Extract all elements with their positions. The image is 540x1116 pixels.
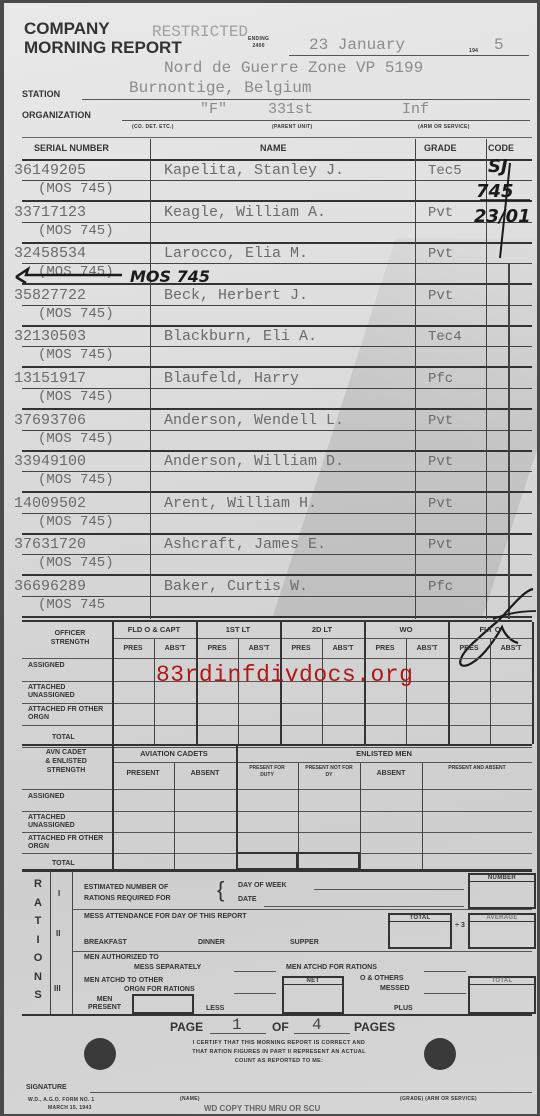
- year-suffix: 5: [494, 36, 504, 54]
- officer-sub-header: ABS'T: [154, 645, 196, 652]
- officer-sub-header: ABS'T: [406, 645, 448, 652]
- certify-line-3: COUNT AS REPORTED TO ME:: [154, 1057, 404, 1066]
- net-box[interactable]: NET: [282, 976, 344, 1014]
- enlisted-strength-cell[interactable]: [175, 812, 235, 831]
- morning-report-form: COMPANY MORNING REPORT RESTRICTED ENDING…: [4, 3, 537, 1114]
- officer-strength-cell[interactable]: [491, 726, 531, 746]
- officer-sub-header: PRES: [448, 645, 490, 652]
- officer-sub-header: PRES: [364, 645, 406, 652]
- enlisted-strength-cell[interactable]: [113, 833, 173, 852]
- rations-side-letter: R: [30, 875, 46, 894]
- org-sublabel-arm: (ARM OR SERVICE): [418, 124, 470, 130]
- plus-label: PLUS: [394, 1005, 413, 1012]
- officer-strength-cell[interactable]: [113, 660, 153, 680]
- enlisted-title-2: & ENLISTED: [26, 757, 106, 766]
- punch-hole-left: [84, 1038, 116, 1070]
- officer-sub-header: ABS'T: [322, 645, 364, 652]
- enlisted-row-label: ASSIGNED: [28, 793, 108, 801]
- form-id-line-1: W.D., A.G.O. FORM NO. 1: [28, 1096, 94, 1104]
- total-present-not-for-duty-box[interactable]: [296, 852, 360, 870]
- officer-strength-cell[interactable]: [239, 726, 279, 746]
- enlisted-strength-cell[interactable]: [175, 833, 235, 852]
- men-present-line-1: MEN: [88, 996, 121, 1004]
- enlisted-title-3: STRENGTH: [26, 766, 106, 775]
- officer-strength-cell[interactable]: [281, 704, 321, 724]
- officer-row-label: ATTACHED UNASSIGNED: [28, 684, 108, 700]
- officer-strength-cell[interactable]: [449, 704, 489, 724]
- rations-side-label: RATIONS: [30, 875, 46, 1005]
- soldier-name: Arent, William H.: [164, 495, 317, 512]
- col-grade: GRADE: [424, 143, 457, 153]
- org-arm: Inf: [402, 101, 429, 118]
- rations-side-letter: I: [30, 931, 46, 950]
- serial-number: 14009502: [14, 495, 86, 512]
- station-value: Burnontige, Belgium: [129, 79, 311, 97]
- officer-strength-title: OFFICER STRENGTH: [30, 629, 110, 647]
- rations-number-box[interactable]: NUMBER: [468, 873, 536, 909]
- men-present-label: MEN PRESENT: [88, 996, 121, 1012]
- station-label: STATION: [22, 89, 60, 99]
- enlisted-strength-cell[interactable]: [423, 791, 531, 810]
- org-company: "F": [200, 101, 227, 118]
- enlisted-title-1: AVN CADET: [26, 748, 106, 757]
- handwritten-mos-correction: MOS 745: [130, 267, 210, 286]
- officer-strength-cell[interactable]: [155, 726, 195, 746]
- mos-code: (MOS 745): [38, 431, 114, 447]
- soldier-name: Kapelita, Stanley J.: [164, 162, 344, 179]
- soldier-name: Keagle, William A.: [164, 204, 326, 221]
- enlisted-row-label: ATTACHED FR OTHER ORGN: [28, 835, 108, 851]
- officer-group-header: 2D LT: [280, 625, 364, 634]
- enlisted-strength-title: AVN CADET & ENLISTED STRENGTH: [26, 748, 106, 775]
- total-present-for-duty-box[interactable]: [236, 852, 298, 870]
- aviation-cadets-header: AVIATION CADETS: [112, 749, 236, 758]
- rations-required-line-2: RATIONS REQUIRED FOR: [84, 893, 171, 904]
- soldier-grade: Pvt: [428, 496, 453, 512]
- date-label: DATE: [238, 896, 257, 903]
- punch-hole-right: [424, 1038, 456, 1070]
- meal-supper: SUPPER: [290, 939, 319, 946]
- officer-strength-cell[interactable]: [113, 682, 153, 702]
- others-messed-line-1: O & OTHERS: [360, 975, 404, 982]
- officer-strength-cell[interactable]: [449, 726, 489, 746]
- enlisted-strength-cell[interactable]: [113, 812, 173, 831]
- form-identifier: W.D., A.G.O. FORM NO. 1 MARCH 15, 1943: [28, 1096, 94, 1112]
- enlisted-col-header: PRESENT NOT FOR DY: [298, 765, 360, 779]
- soldier-grade: Pvt: [428, 246, 453, 262]
- mos-code: (MOS 745): [38, 472, 114, 488]
- arrow-strike-icon: [12, 265, 132, 287]
- classification-stamp: RESTRICTED: [152, 23, 248, 41]
- of-label: OF: [272, 1020, 289, 1034]
- soldier-grade: Tec4: [428, 329, 462, 345]
- rations-required-line-1: ESTIMATED NUMBER OF: [84, 882, 171, 893]
- mos-code: (MOS 745): [38, 555, 114, 571]
- serial-number: 35827722: [14, 287, 86, 304]
- less-label: LESS: [206, 1005, 224, 1012]
- report-date: 23 January: [309, 36, 405, 54]
- officer-title-1: OFFICER: [30, 629, 110, 638]
- day-of-week-label: DAY OF WEEK: [238, 882, 287, 889]
- rations-side-letter: O: [30, 949, 46, 968]
- men-authorized-line-2: MESS SEPARATELY: [134, 964, 201, 971]
- mess-attendance-title: MESS ATTENDANCE FOR DAY OF THIS REPORT: [84, 913, 247, 920]
- officer-row-label: ASSIGNED: [28, 662, 108, 670]
- officer-strength-cell[interactable]: [113, 704, 153, 724]
- certify-line-2: THAT RATION FIGURES IN PART II REPRESENT…: [154, 1048, 404, 1057]
- enlisted-strength-cell[interactable]: [113, 791, 173, 810]
- org-sublabel-parent: (PARENT UNIT): [272, 124, 312, 130]
- location-line: Nord de Guerre Zone VP 5199: [164, 59, 423, 77]
- officer-sub-header: PRES: [196, 645, 238, 652]
- page-label: PAGE: [170, 1020, 203, 1034]
- officer-group-header: 1ST LT: [196, 625, 280, 634]
- officer-strength-cell[interactable]: [323, 704, 363, 724]
- men-atchd-other-line-2: ORGN FOR RATIONS: [124, 986, 195, 993]
- soldier-grade: Tec5: [428, 163, 462, 179]
- certification-text: I CERTIFY THAT THIS MORNING REPORT IS CO…: [154, 1039, 404, 1066]
- rations-side-letter: N: [30, 968, 46, 987]
- soldier-grade: Pvt: [428, 454, 453, 470]
- org-parent: 331st: [268, 101, 313, 118]
- serial-number: 32130503: [14, 328, 86, 345]
- enlisted-col-header: PRESENT AND ABSENT: [422, 765, 532, 772]
- page-number: 1: [232, 1016, 242, 1034]
- pages-label: PAGES: [354, 1020, 395, 1034]
- organization-label: ORGANIZATION: [22, 110, 91, 120]
- officer-strength-cell[interactable]: [491, 660, 531, 680]
- serial-number: 13151917: [14, 370, 86, 387]
- officer-strength-cell[interactable]: [197, 704, 237, 724]
- rations-section-ii-numeral: II: [56, 929, 60, 938]
- ending-label: ENDING 2400: [248, 36, 269, 50]
- handwritten-slash-icon: [470, 153, 537, 263]
- enlisted-men-header: ENLISTED MEN: [236, 749, 532, 758]
- rations-side-letter: A: [30, 894, 46, 913]
- col-name: NAME: [260, 143, 287, 153]
- serial-number: 37693706: [14, 412, 86, 429]
- rations-total-box[interactable]: TOTAL: [468, 976, 536, 1014]
- signature-label: SIGNATURE: [26, 1084, 67, 1091]
- name-sublabel: (NAME): [180, 1096, 200, 1102]
- officer-group-header: WO: [364, 625, 448, 634]
- officer-strength-cell[interactable]: [323, 726, 363, 746]
- others-messed-line-2: MESSED: [380, 985, 410, 992]
- certify-line-1: I CERTIFY THAT THIS MORNING REPORT IS CO…: [154, 1039, 404, 1048]
- signature-line[interactable]: [90, 1092, 532, 1093]
- soldier-name: Larocco, Elia M.: [164, 245, 308, 262]
- officer-sub-header: PRES: [280, 645, 322, 652]
- soldier-name: Anderson, William D.: [164, 453, 344, 470]
- enlisted-strength-cell[interactable]: [299, 812, 359, 831]
- mess-total-box[interactable]: TOTAL: [388, 913, 452, 949]
- col-code: CODE: [488, 143, 514, 153]
- officer-group-header: FLT O: [448, 625, 532, 634]
- meal-dinner: DINNER: [198, 939, 225, 946]
- soldier-name: Anderson, Wendell L.: [164, 412, 344, 429]
- net-label: NET: [284, 978, 342, 985]
- soldier-grade: Pvt: [428, 413, 453, 429]
- officer-row-label: ATTACHED FR OTHER ORGN: [28, 706, 108, 722]
- officer-strength-cell[interactable]: [449, 660, 489, 680]
- col-serial-number: SERIAL NUMBER: [34, 143, 109, 153]
- cadet-col-header: ABSENT: [174, 770, 236, 777]
- mess-total-label: TOTAL: [390, 915, 450, 922]
- enlisted-strength-cell[interactable]: [237, 833, 297, 852]
- enlisted-col-header: ABSENT: [360, 770, 422, 777]
- officer-strength-cell[interactable]: [365, 726, 405, 746]
- officer-sub-header: ABS'T: [238, 645, 280, 652]
- men-atchd-other-line-1: MEN ATCHD TO OTHER: [84, 977, 163, 984]
- serial-number: 33717123: [14, 204, 86, 221]
- men-authorized-line-1: MEN AUTHORIZED TO: [84, 954, 159, 961]
- soldier-name: Blackburn, Eli A.: [164, 328, 317, 345]
- men-present-line-2: PRESENT: [88, 1004, 121, 1012]
- mos-code: (MOS 745): [38, 389, 114, 405]
- org-sublabel-company: (CO. DET. ETC.): [132, 124, 174, 130]
- enlisted-strength-cell[interactable]: [423, 812, 531, 831]
- watermark-text: 83rdinfdivdocs.org: [156, 662, 413, 688]
- enlisted-row-label: ATTACHED UNASSIGNED: [28, 814, 108, 830]
- enlisted-strength-cell[interactable]: [299, 791, 359, 810]
- officer-group-header: FLD O & CAPT: [112, 625, 196, 634]
- officer-strength-cell[interactable]: [113, 726, 153, 746]
- soldier-grade: Pfc: [428, 371, 453, 387]
- officer-title-2: STRENGTH: [30, 638, 110, 647]
- enlisted-strength-cell[interactable]: [175, 791, 235, 810]
- soldier-grade: Pvt: [428, 205, 453, 221]
- soldier-grade: Pvt: [428, 537, 453, 553]
- enlisted-strength-cell[interactable]: [361, 791, 421, 810]
- rations-required-label: ESTIMATED NUMBER OF RATIONS REQUIRED FOR: [84, 882, 171, 904]
- officer-strength-cell[interactable]: [491, 682, 531, 702]
- soldier-name: Beck, Herbert J.: [164, 287, 308, 304]
- rations-section-iii-numeral: III: [54, 984, 61, 993]
- serial-number: 32458534: [14, 245, 86, 262]
- officer-strength-cell[interactable]: [155, 704, 195, 724]
- enlisted-strength-cell[interactable]: [423, 833, 531, 852]
- mos-code: (MOS 745): [38, 347, 114, 363]
- officer-strength-cell[interactable]: [407, 726, 447, 746]
- grade-sublabel: (GRADE) (ARM OR SERVICE): [400, 1096, 477, 1102]
- enlisted-strength-cell[interactable]: [361, 812, 421, 831]
- copy-note: WD COPY THRU MRU OR SCU: [204, 1104, 320, 1113]
- officer-strength-cell[interactable]: [239, 704, 279, 724]
- enlisted-strength-cell[interactable]: [361, 833, 421, 852]
- serial-number: 37631720: [14, 536, 86, 553]
- brace-icon: {: [217, 879, 224, 901]
- enlisted-strength-cell[interactable]: [237, 812, 297, 831]
- mess-average-box[interactable]: AVERAGE: [468, 913, 536, 949]
- officer-sub-header: ABS'T: [490, 645, 532, 652]
- mos-code: (MOS 745): [38, 514, 114, 530]
- rations-side-letter: S: [30, 986, 46, 1005]
- form-id-line-2: MARCH 15, 1943: [28, 1104, 94, 1112]
- soldier-grade: Pvt: [428, 288, 453, 304]
- mos-code: (MOS 745): [38, 223, 114, 239]
- serial-number: 33949100: [14, 453, 86, 470]
- officer-strength-cell[interactable]: [281, 726, 321, 746]
- rations-number-label: NUMBER: [470, 875, 534, 882]
- enlisted-strength-cell[interactable]: [237, 791, 297, 810]
- cadet-col-header: PRESENT: [112, 770, 174, 777]
- divide-by-three: ÷ 3: [455, 921, 465, 930]
- enlisted-col-header: PRESENT FOR DUTY: [236, 765, 298, 779]
- rations-side-letter: T: [30, 912, 46, 931]
- mess-average-label: AVERAGE: [470, 915, 534, 922]
- mos-code: (MOS 745): [38, 181, 114, 197]
- soldier-name: Blaufeld, Harry: [164, 370, 299, 387]
- ending-bottom: 2400: [248, 43, 269, 50]
- rations-total-label: TOTAL: [470, 978, 534, 985]
- enlisted-strength-cell[interactable]: [299, 833, 359, 852]
- soldier-name: Ashcraft, James E.: [164, 536, 326, 553]
- officer-strength-cell[interactable]: [365, 704, 405, 724]
- mos-code: (MOS 745: [38, 597, 105, 613]
- year-prefix: 194: [469, 48, 478, 54]
- soldier-name: Baker, Curtis W.: [164, 578, 308, 595]
- men-atchd-for-rations: MEN ATCHD FOR RATIONS: [286, 964, 377, 971]
- rations-section-i-numeral: I: [58, 889, 60, 898]
- officer-strength-cell[interactable]: [491, 704, 531, 724]
- mos-code: (MOS 745): [38, 306, 114, 322]
- serial-number: 36696289: [14, 578, 86, 595]
- meal-breakfast: BREAKFAST: [84, 939, 127, 946]
- page-total: 4: [312, 1016, 322, 1034]
- serial-number: 36149205: [14, 162, 86, 179]
- ending-top: ENDING: [248, 36, 269, 43]
- officer-strength-cell[interactable]: [407, 704, 447, 724]
- officer-strength-cell[interactable]: [449, 682, 489, 702]
- men-present-box[interactable]: [132, 994, 194, 1014]
- officer-strength-cell[interactable]: [197, 726, 237, 746]
- officer-sub-header: PRES: [112, 645, 154, 652]
